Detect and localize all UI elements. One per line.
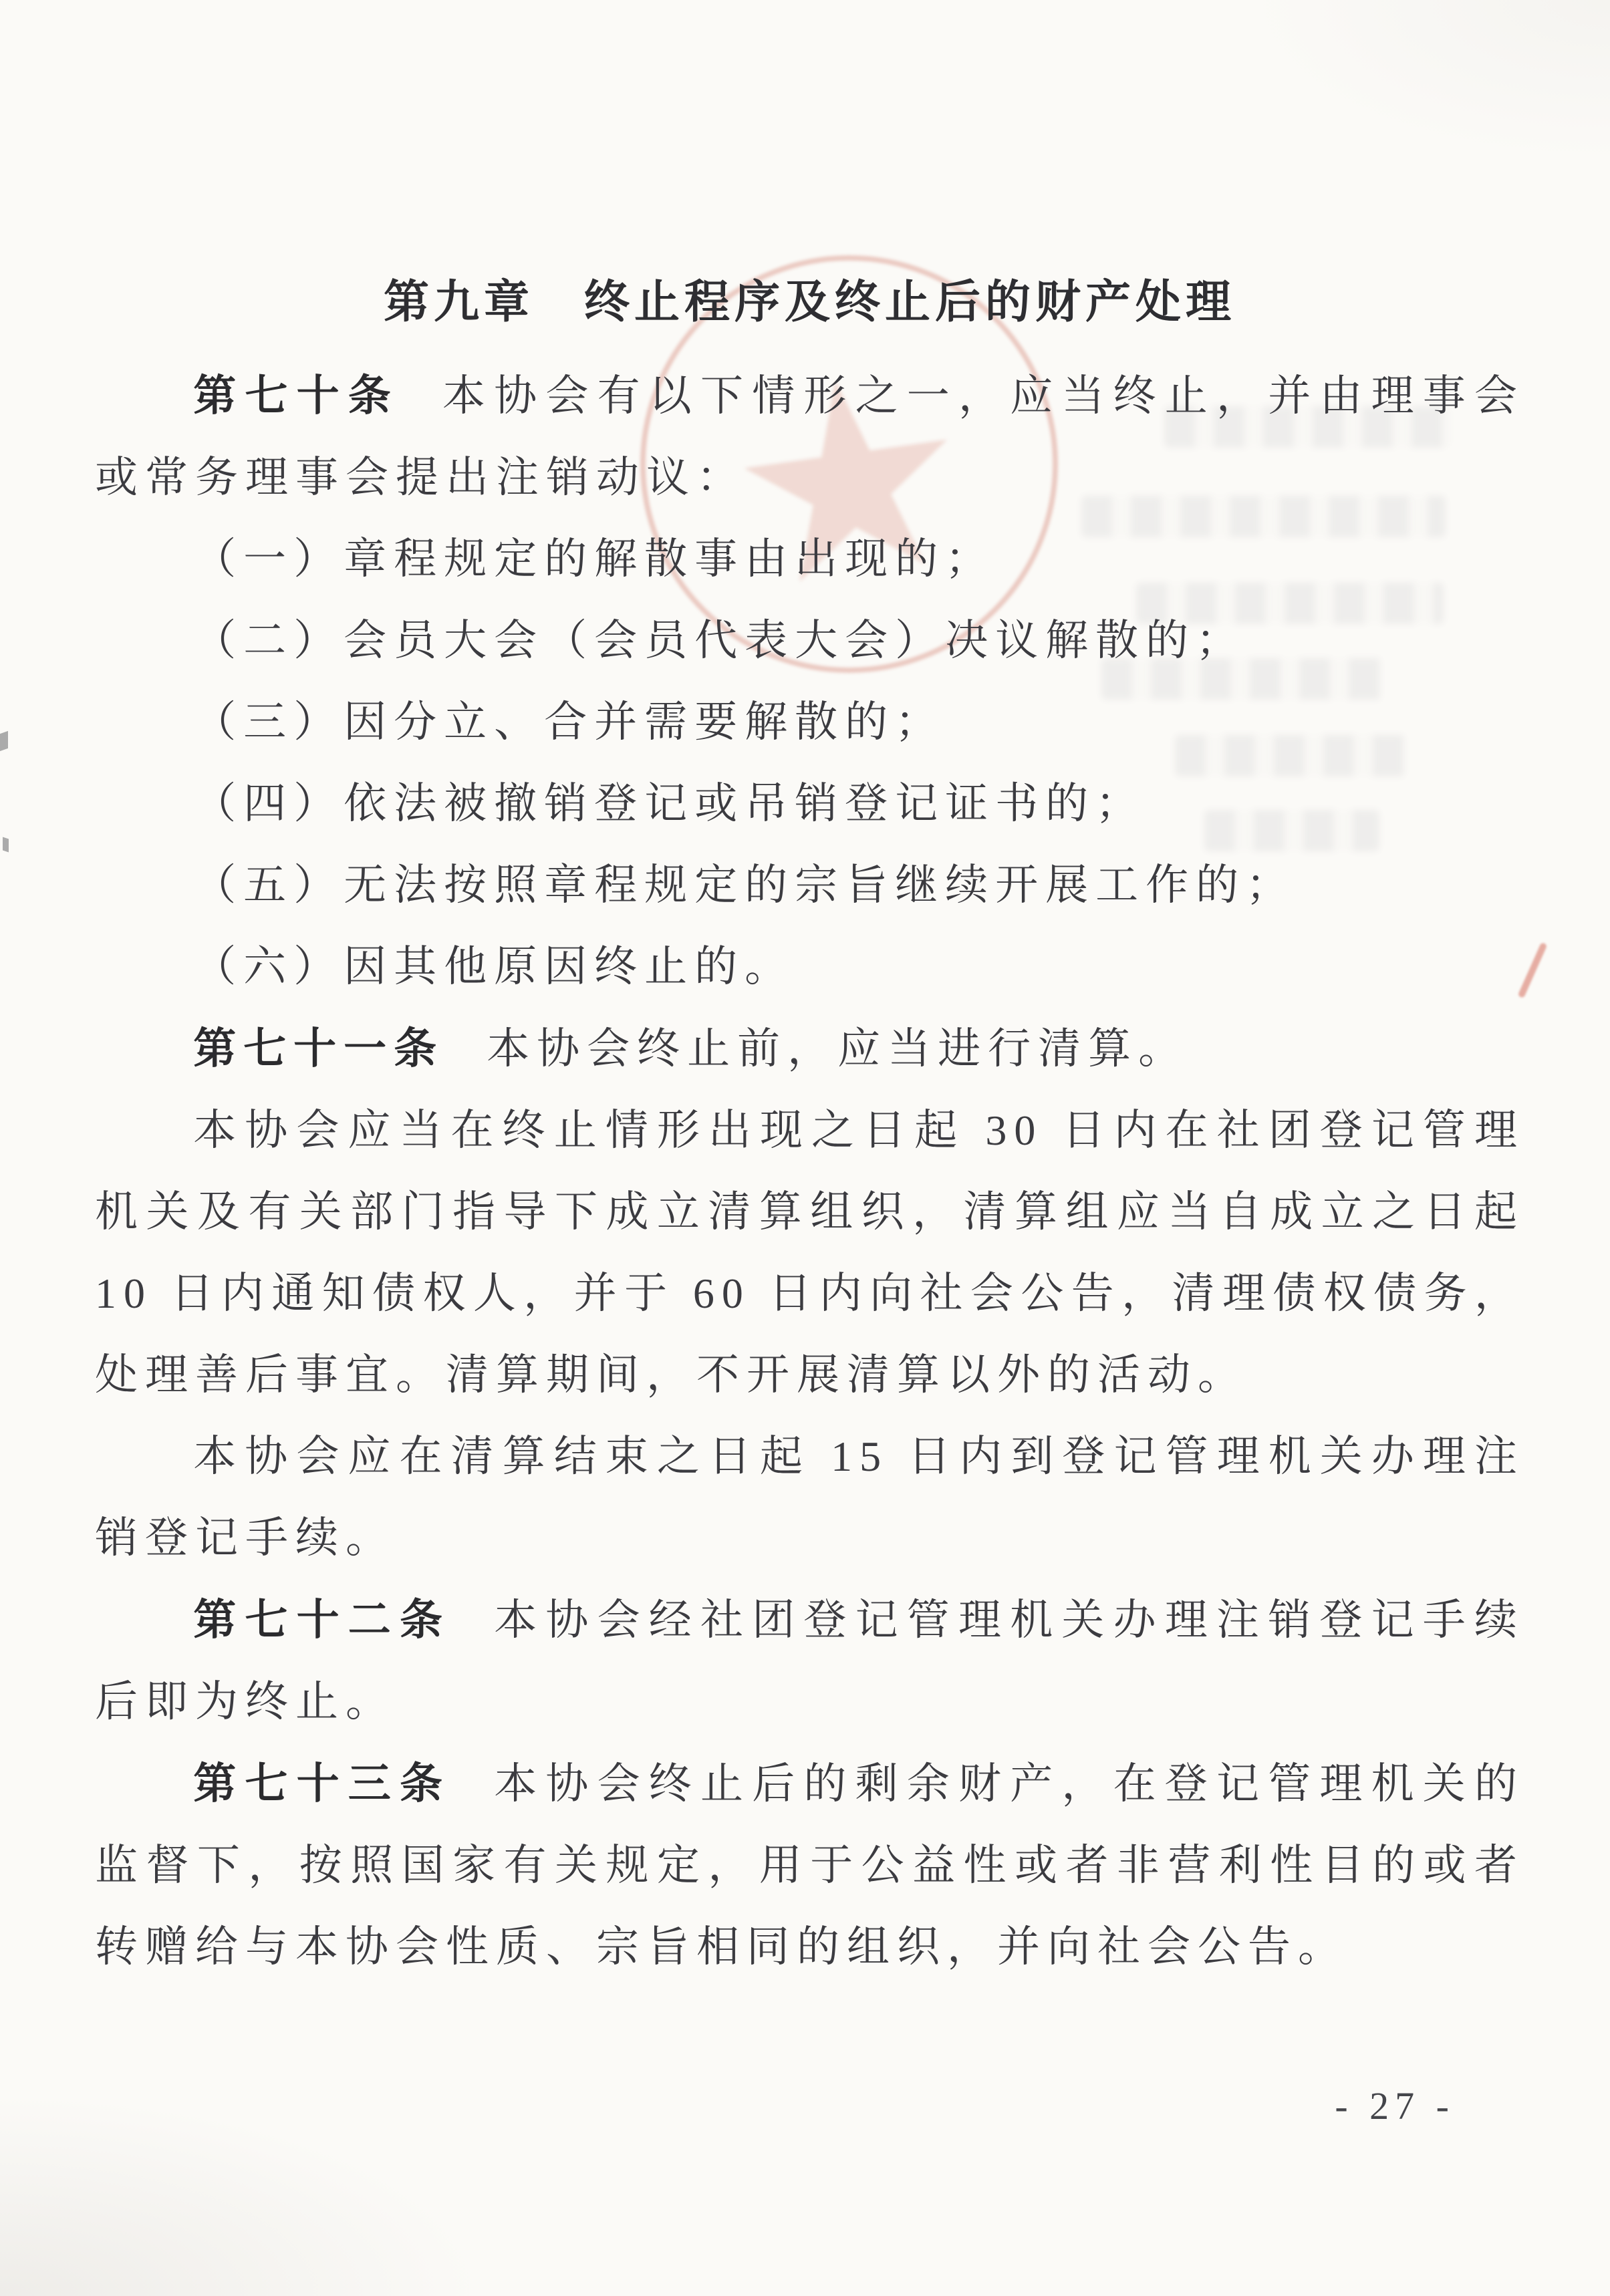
chapter-title: 第九章 终止程序及终止后的财产处理: [95, 266, 1524, 331]
article-71-para-3-text: 本协会应在清算结束之日起 15 日内到登记管理机关办理注销登记手续。: [95, 1433, 1524, 1562]
scan-artifact: [0, 731, 8, 751]
item-5-text: （五）无法按照章程规定的宗旨继续开展工作的；: [193, 861, 1296, 909]
page-number: - 27 -: [1335, 2084, 1455, 2128]
item-2-text: （二）会员大会（会员代表大会）决议解散的；: [193, 617, 1246, 664]
article-70-number: 第七十条: [193, 372, 400, 420]
article-72-number: 第七十二条: [193, 1596, 451, 1644]
scan-artifact: [3, 837, 9, 853]
scanned-document-page: ★ 第九章 终止程序及终止后的财产处理 第七十条本协会有以下情形之一，应当终止，…: [0, 0, 1610, 2296]
item-6-text: （六）因其他原因终止的。: [193, 943, 795, 990]
item-4-text: （四）依法被撤销登记或吊销登记证书的；: [193, 780, 1146, 827]
item-3-text: （三）因分立、合并需要解散的；: [193, 698, 945, 746]
document-body: 第九章 终止程序及终止后的财产处理 第七十条本协会有以下情形之一，应当终止，并由…: [95, 266, 1524, 1988]
article-71-paragraph-2: 本协会应当在终止情形出现之日起 30 日内在社团登记管理机关及有关部门指导下成立…: [95, 1090, 1524, 1416]
article-73-number: 第七十三条: [193, 1759, 451, 1808]
article-72-paragraph: 第七十二条本协会经社团登记管理机关办理注销登记手续后即为终止。: [95, 1579, 1524, 1743]
article-70-item-5: （五）无法按照章程规定的宗旨继续开展工作的；: [95, 845, 1524, 926]
article-70-item-4: （四）依法被撤销登记或吊销登记证书的；: [95, 763, 1524, 845]
article-71-paragraph-3: 本协会应在清算结束之日起 15 日内到登记管理机关办理注销登记手续。: [95, 1416, 1524, 1579]
item-1-text: （一）章程规定的解散事由出现的；: [193, 535, 995, 583]
article-71-number: 第七十一条: [193, 1024, 444, 1072]
article-71-para-2-text: 本协会应当在终止情形出现之日起 30 日内在社团登记管理机关及有关部门指导下成立…: [95, 1107, 1524, 1399]
article-70-item-3: （三）因分立、合并需要解散的；: [95, 682, 1524, 763]
article-71-text: 本协会终止前，应当进行清算。: [487, 1025, 1188, 1072]
article-71-paragraph: 第七十一条本协会终止前，应当进行清算。: [95, 1008, 1524, 1090]
article-70-paragraph: 第七十条本协会有以下情形之一，应当终止，并由理事会或常务理事会提出注销动议：: [95, 355, 1524, 519]
article-70-item-2: （二）会员大会（会员代表大会）决议解散的；: [95, 600, 1524, 682]
article-70-item-6: （六）因其他原因终止的。: [95, 926, 1524, 1008]
article-73-paragraph: 第七十三条本协会终止后的剩余财产，在登记管理机关的监督下，按照国家有关规定，用于…: [95, 1743, 1524, 1988]
article-70-item-1: （一）章程规定的解散事由出现的；: [95, 519, 1524, 600]
